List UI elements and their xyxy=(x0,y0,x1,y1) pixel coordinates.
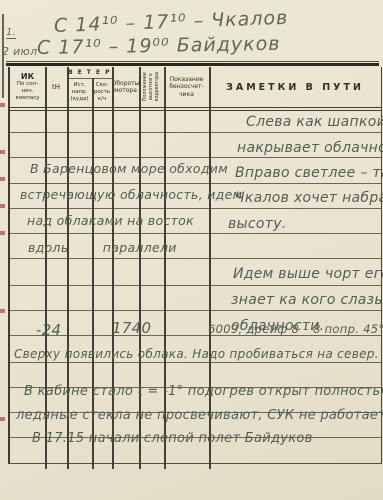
header-ik-sub: По сол-неч. компасу xyxy=(12,81,44,102)
header-altitude-corrector: Положение высотного корректора xyxy=(139,67,164,107)
header-tn: tН xyxy=(45,67,67,107)
route-note-left: вдоль параллели xyxy=(28,240,177,255)
margin-note-2: 2 июл xyxy=(2,45,37,58)
route-note: Слева как шапкой xyxy=(246,114,383,130)
scanned-logbook-page: 1. 2 июл С 14¹⁰ – 17¹⁰ – Чкалов С 17¹⁰ –… xyxy=(0,0,383,500)
table-top-heavy-rule xyxy=(6,63,379,66)
route-note-left: над облаками на восток xyxy=(27,213,194,228)
row-line xyxy=(10,362,381,363)
shift-note-baidukov: С 17¹⁰ – 19⁰⁰ Байдуков xyxy=(37,33,281,59)
red-mark xyxy=(0,231,5,235)
margin-note-1: 1. xyxy=(6,27,16,39)
header-wind-direction: Ист. напр. (куда) xyxy=(67,78,92,107)
entry-fuel-drift: 6009, дрейф 8 – 8 попр. 45° xyxy=(208,322,383,336)
header-bottom-line-2 xyxy=(10,110,381,111)
row-line xyxy=(10,208,381,209)
red-mark xyxy=(0,177,5,181)
route-note-mid: Сверху появились облака. Надо пробиватьс… xyxy=(14,347,379,361)
row-line xyxy=(10,258,381,259)
route-note: накрывает облачность xyxy=(237,140,383,156)
header-route-notes: ЗАМЕТКИ В ПУТИ xyxy=(209,67,381,107)
row-line xyxy=(10,132,381,133)
red-mark xyxy=(0,309,5,313)
red-mark xyxy=(0,103,5,107)
route-note-left: встречающую облачность, идем xyxy=(20,187,242,202)
route-note-bottom: В кабине стало t = -1° подогрев открыт п… xyxy=(24,384,383,399)
route-note: Чкалов хочет набрать xyxy=(235,190,383,206)
route-note-left: В Баренцовом море обходим xyxy=(30,161,228,176)
route-note: знает ка кого слазь xyxy=(231,292,383,308)
row-line xyxy=(10,183,381,184)
route-note: высоту. xyxy=(228,216,287,232)
route-note: Идем выше чорт его xyxy=(233,266,383,282)
header-ik: ИК По сол-неч. компасу xyxy=(10,67,45,107)
red-mark xyxy=(0,417,5,421)
header-engine-rpm: Обороты мотора xyxy=(112,67,139,107)
entry-temperature: -24 xyxy=(36,321,61,339)
header-wind-group: В Е Т Е Р xyxy=(67,67,112,78)
red-mark xyxy=(0,204,5,208)
row-line xyxy=(10,310,381,311)
route-note: Вправо светлее – там xyxy=(235,165,383,181)
table-top-thin-rule xyxy=(6,61,379,62)
header-bottom-line-1 xyxy=(10,107,381,108)
entry-engine-rpm: 1740 xyxy=(112,319,151,337)
header-altitude-corrector-text: Положение высотного корректора xyxy=(143,72,160,101)
route-note-bottom: ледяные стекла не просвечивают, СУК не р… xyxy=(16,408,383,423)
header-wind-speed: Ско-рость к/ч xyxy=(92,78,112,107)
red-mark xyxy=(0,150,5,154)
row-line xyxy=(10,285,381,286)
route-note-bottom: В 17.15 начали слепой полет Байдуков xyxy=(32,431,313,446)
row-line xyxy=(10,157,381,158)
header-fuel-counter: Показание бензосчет-чика xyxy=(164,67,209,107)
row-line xyxy=(10,233,381,234)
header-ik-title: ИК xyxy=(21,72,34,81)
